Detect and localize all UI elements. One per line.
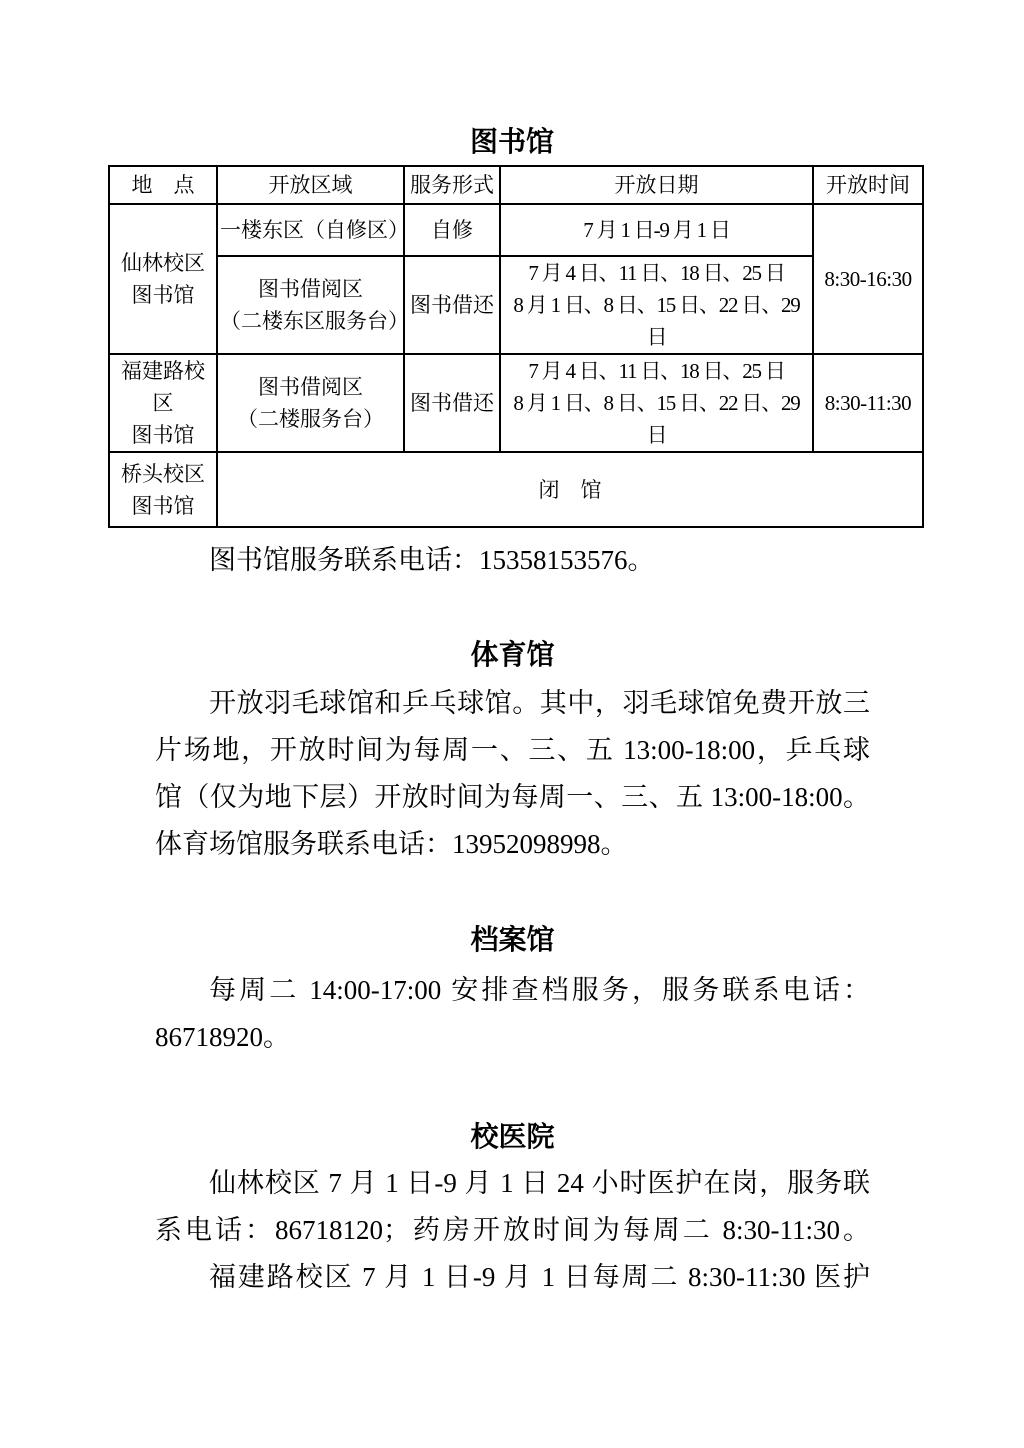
cell-xianlin-borrow-dates: 7 月 4 日、11 日、18 日、25 日 8 月 1 日、8 日、15 日、… <box>500 256 813 354</box>
header-location: 地 点 <box>109 166 217 204</box>
table-row-qiaotou: 桥头校区 图书馆 闭 馆 <box>109 452 923 527</box>
cell-xianlin-hours: 8:30-16:30 <box>813 204 923 354</box>
document-page: 图书馆 地 点 开放区域 服务形式 开放日期 开放时间 仙林校区 图书馆 一楼东… <box>0 0 1024 1448</box>
cell-fujianlu-dates: 7 月 4 日、11 日、18 日、25 日 8 月 1 日、8 日、15 日、… <box>500 354 813 452</box>
header-service-type: 服务形式 <box>404 166 500 204</box>
archives-section-title: 档案馆 <box>155 925 870 955</box>
hospital-line: 福建路校区 7 月 1 日-9 月 1 日每周二 8:30-11:30 医护 <box>155 1254 870 1301</box>
library-section-title: 图书馆 <box>0 127 1024 157</box>
cell-xianlin-location: 仙林校区 图书馆 <box>109 204 217 354</box>
library-hours-table: 地 点 开放区域 服务形式 开放日期 开放时间 仙林校区 图书馆 一楼东区（自修… <box>108 165 924 528</box>
cell-fujianlu-service: 图书借还 <box>404 354 500 452</box>
gym-paragraph: 开放羽毛球馆和乒乓球馆。其中，羽毛球馆免费开放三 片场地，开放时间为每周一、三、… <box>155 680 870 868</box>
archives-paragraph: 每周二 14:00-17:00 安排查档服务，服务联系电话： 86718920。 <box>155 967 870 1061</box>
archives-line: 86718920。 <box>155 1014 870 1061</box>
cell-fujianlu-area: 图书借阅区 （二楼服务台） <box>217 354 404 452</box>
gym-line: 开放羽毛球馆和乒乓球馆。其中，羽毛球馆免费开放三 <box>155 680 870 727</box>
table-row-xianlin-borrow: 图书借阅区 （二楼东区服务台） 图书借还 7 月 4 日、11 日、18 日、2… <box>109 256 923 354</box>
cell-qiaotou-status: 闭 馆 <box>217 452 923 527</box>
gym-line: 片场地，开放时间为每周一、三、五 13:00-18:00，乒乓球 <box>155 727 870 774</box>
cell-fujianlu-hours: 8:30-11:30 <box>813 354 923 452</box>
header-open-hours: 开放时间 <box>813 166 923 204</box>
cell-fujianlu-location: 福建路校区 图书馆 <box>109 354 217 452</box>
hospital-paragraph: 仙林校区 7 月 1 日-9 月 1 日 24 小时医护在岗，服务联 系电话：8… <box>155 1160 870 1301</box>
archives-line: 每周二 14:00-17:00 安排查档服务，服务联系电话： <box>155 967 870 1014</box>
cell-qiaotou-location: 桥头校区 图书馆 <box>109 452 217 527</box>
table-header-row: 地 点 开放区域 服务形式 开放日期 开放时间 <box>109 166 923 204</box>
cell-xianlin-selfstudy-area: 一楼东区（自修区） <box>217 204 404 256</box>
table-row-fujianlu: 福建路校区 图书馆 图书借阅区 （二楼服务台） 图书借还 7 月 4 日、11 … <box>109 354 923 452</box>
header-open-dates: 开放日期 <box>500 166 813 204</box>
gym-section-title: 体育馆 <box>155 640 870 670</box>
hospital-section-title: 校医院 <box>155 1122 870 1152</box>
table-row-xianlin-selfstudy: 仙林校区 图书馆 一楼东区（自修区） 自修 7 月 1 日-9 月 1 日 8:… <box>109 204 923 256</box>
cell-xianlin-selfstudy-service: 自修 <box>404 204 500 256</box>
gym-line: 体育场馆服务联系电话：13952098998。 <box>155 821 870 868</box>
gym-line: 馆（仅为地下层）开放时间为每周一、三、五 13:00-18:00。 <box>155 774 870 821</box>
library-phone-line: 图书馆服务联系电话：15358153576。 <box>155 540 870 580</box>
cell-xianlin-selfstudy-dates: 7 月 1 日-9 月 1 日 <box>500 204 813 256</box>
document-body: 图书馆服务联系电话：15358153576。 体育馆 开放羽毛球馆和乒乓球馆。其… <box>155 540 870 1301</box>
cell-xianlin-borrow-area: 图书借阅区 （二楼东区服务台） <box>217 256 404 354</box>
header-open-area: 开放区域 <box>217 166 404 204</box>
hospital-line: 仙林校区 7 月 1 日-9 月 1 日 24 小时医护在岗，服务联 <box>155 1160 870 1207</box>
cell-xianlin-borrow-service: 图书借还 <box>404 256 500 354</box>
hospital-line: 系电话：86718120；药房开放时间为每周二 8:30-11:30。 <box>155 1207 870 1254</box>
